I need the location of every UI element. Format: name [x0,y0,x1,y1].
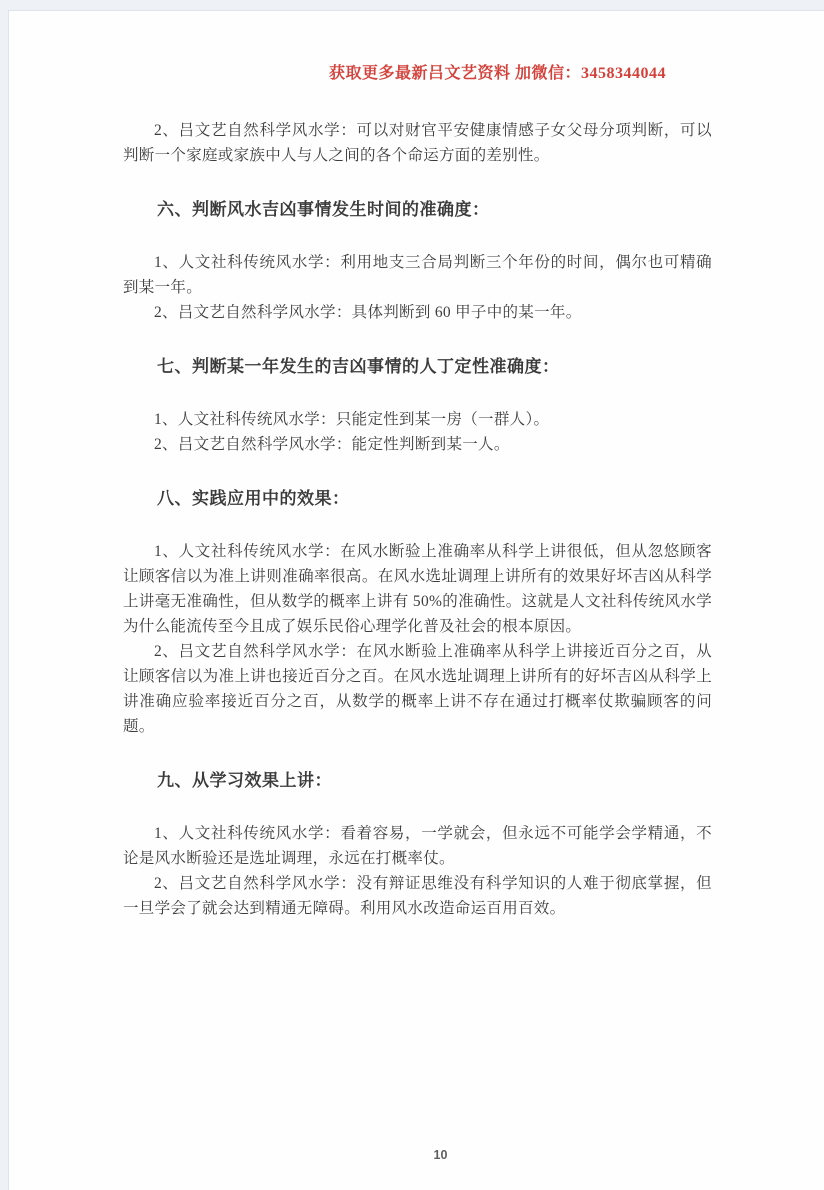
section-seven-heading: 七、判断某一年发生的吉凶事情的人丁定性准确度： [123,355,712,379]
section-eight: 八、实践应用中的效果： 1、人文社科传统风水学：在风水断验上准确率从科学上讲很低… [123,487,712,739]
paragraph: 2、吕文艺自然科学风水学：没有辩证思维没有科学知识的人难于彻底掌握，但一旦学会了… [123,871,712,921]
page-number: 10 [9,1148,824,1162]
paragraph: 2、吕文艺自然科学风水学：能定性判断到某一人。 [123,432,712,457]
paragraph: 1、人文社科传统风水学：在风水断验上准确率从科学上讲很低，但从忽悠顾客让顾客信以… [123,539,712,639]
section-seven: 七、判断某一年发生的吉凶事情的人丁定性准确度： 1、人文社科传统风水学：只能定性… [123,355,712,457]
document-content: 获取更多最新吕文艺资料 加微信：3458344044 2、吕文艺自然科学风水学：… [9,11,824,921]
section-eight-heading: 八、实践应用中的效果： [123,487,712,511]
section-six: 六、判断风水吉凶事情发生时间的准确度： 1、人文社科传统风水学：利用地支三合局判… [123,198,712,325]
paragraph: 1、人文社科传统风水学：看着容易，一学就会，但永远不可能学会学精通，不论是风水断… [123,821,712,871]
paragraph: 1、人文社科传统风水学：只能定性到某一房（一群人）。 [123,407,712,432]
paragraph: 2、吕文艺自然科学风水学：具体判断到 60 甲子中的某一年。 [123,300,712,325]
document-page: 获取更多最新吕文艺资料 加微信：3458344044 2、吕文艺自然科学风水学：… [8,10,824,1190]
section-nine: 九、从学习效果上讲： 1、人文社科传统风水学：看着容易，一学就会，但永远不可能学… [123,769,712,921]
section-nine-heading: 九、从学习效果上讲： [123,769,712,793]
section-six-heading: 六、判断风水吉凶事情发生时间的准确度： [123,198,712,222]
intro-paragraph: 2、吕文艺自然科学风水学：可以对财官平安健康情感子女父母分项判断，可以判断一个家… [123,118,712,168]
paragraph: 2、吕文艺自然科学风水学：在风水断验上准确率从科学上讲接近百分之百，从让顾客信以… [123,639,712,739]
paragraph: 1、人文社科传统风水学：利用地支三合局判断三个年份的时间，偶尔也可精确到某一年。 [123,250,712,300]
promo-notice: 获取更多最新吕文艺资料 加微信：3458344044 [123,63,712,85]
